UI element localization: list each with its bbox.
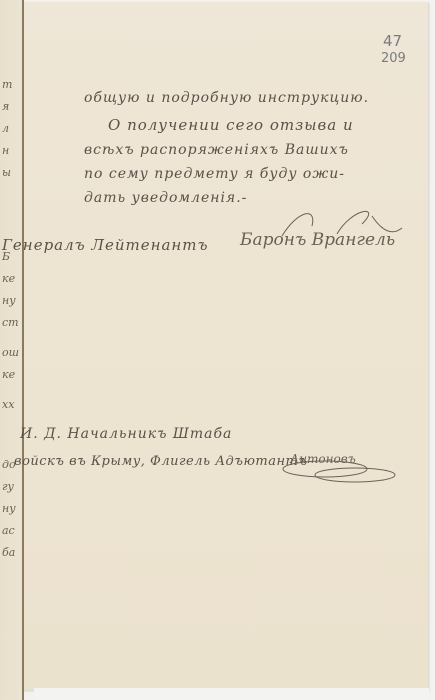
margin-fragment: гу bbox=[2, 480, 20, 498]
margin-fragment: ну bbox=[2, 294, 20, 312]
margin-fragment: ы bbox=[2, 166, 20, 184]
body-line-2: О получении сего отзыва и bbox=[108, 116, 354, 134]
margin-fragment: ош bbox=[2, 346, 20, 364]
margin-fragment: ке bbox=[2, 272, 20, 290]
scan-bottom-strip bbox=[34, 688, 429, 700]
signature-flourish-icon bbox=[262, 206, 412, 246]
page-fold-line bbox=[22, 0, 24, 700]
countersign-line-2: войскъ въ Крыму, Флигель Адъютантъ bbox=[14, 454, 308, 469]
body-line-1: общую и подробную инструкцию. bbox=[84, 90, 369, 106]
body-line-4: по сему предмету я буду ожи- bbox=[84, 166, 345, 182]
underlying-page-edge: т я л н ы Б ке ну ст ош ке хх до гу ну а… bbox=[0, 0, 22, 700]
countersign-line-1: И. Д. Начальникъ Штаба bbox=[20, 426, 232, 442]
margin-fragment: ну bbox=[2, 502, 20, 520]
margin-fragment: хх bbox=[2, 398, 20, 416]
margin-fragment: н bbox=[2, 144, 20, 162]
margin-fragment: т bbox=[2, 78, 20, 96]
countersign-flourish-icon bbox=[280, 455, 400, 485]
sheet-number: 47 bbox=[383, 32, 402, 50]
margin-fragment: ас bbox=[2, 524, 20, 542]
margin-fragment: я bbox=[2, 100, 20, 118]
body-line-5: дать уведомленiя.- bbox=[84, 190, 247, 206]
margin-fragment: ба bbox=[2, 546, 20, 564]
body-line-3: всѣхъ распоряженiяхъ Вашихъ bbox=[84, 142, 349, 158]
margin-fragment: ке bbox=[2, 368, 20, 386]
closing-title: Генералъ Лейтенантъ bbox=[2, 236, 209, 254]
margin-fragment: л bbox=[2, 122, 20, 140]
page-number: 209 bbox=[381, 51, 406, 66]
margin-fragment: ст bbox=[2, 316, 20, 334]
